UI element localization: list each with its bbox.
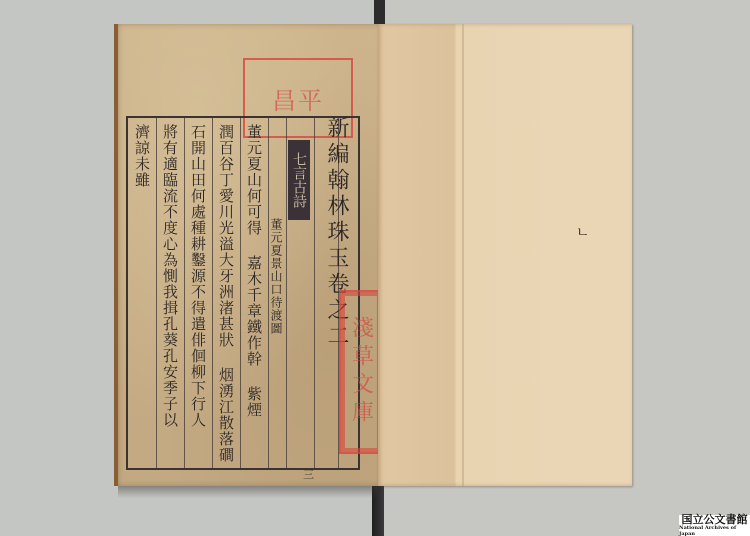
left-printed-page: 昌平 新編翰林珠玉卷之二 七言古詩 董元夏景山口待渡圖 董元夏山何可得 嘉木千章… xyxy=(114,24,382,486)
page-shadow xyxy=(118,484,378,498)
text-column: 董元夏山何可得 嘉木千章鐵作幹 紫煙 xyxy=(244,124,264,418)
watermark-english: National Archives of Japan xyxy=(679,525,750,536)
column-rule xyxy=(156,118,157,468)
text-column: 潤百谷丁愛川光溢大牙洲渚甚狀 烟湧江散落磵 xyxy=(216,124,236,463)
column-rule xyxy=(184,118,185,468)
watermark-japanese: 国立公文書館 xyxy=(682,514,748,525)
column-rule xyxy=(212,118,213,468)
archive-watermark-logo: 国立公文書館 National Archives of Japan xyxy=(679,515,750,536)
ink-mark: ㄴ xyxy=(576,222,590,242)
book-spine-top xyxy=(374,0,385,24)
right-blank-page: ㄴ xyxy=(378,24,632,486)
category-label: 七言古詩 xyxy=(288,140,310,220)
text-column: 濟諒未雖 xyxy=(132,124,152,188)
page-number: 三 xyxy=(303,466,314,482)
column-rule xyxy=(314,118,315,468)
text-frame: 新編翰林珠玉卷之二 七言古詩 董元夏景山口待渡圖 董元夏山何可得 嘉木千章鐵作幹… xyxy=(126,116,360,470)
text-column: 石開山田何處種耕鑿源不得遣俳佪柳下行人 xyxy=(188,124,208,428)
column-rule xyxy=(240,118,241,468)
text-column: 董元夏景山口待渡圖 xyxy=(266,218,286,335)
column-rule xyxy=(286,118,287,468)
paper-fold xyxy=(462,24,464,486)
red-seal-side: 淺草文庫 xyxy=(339,290,383,454)
text-column: 將有適臨流不度心為惻我揖孔葵孔安季子以 xyxy=(160,124,180,428)
